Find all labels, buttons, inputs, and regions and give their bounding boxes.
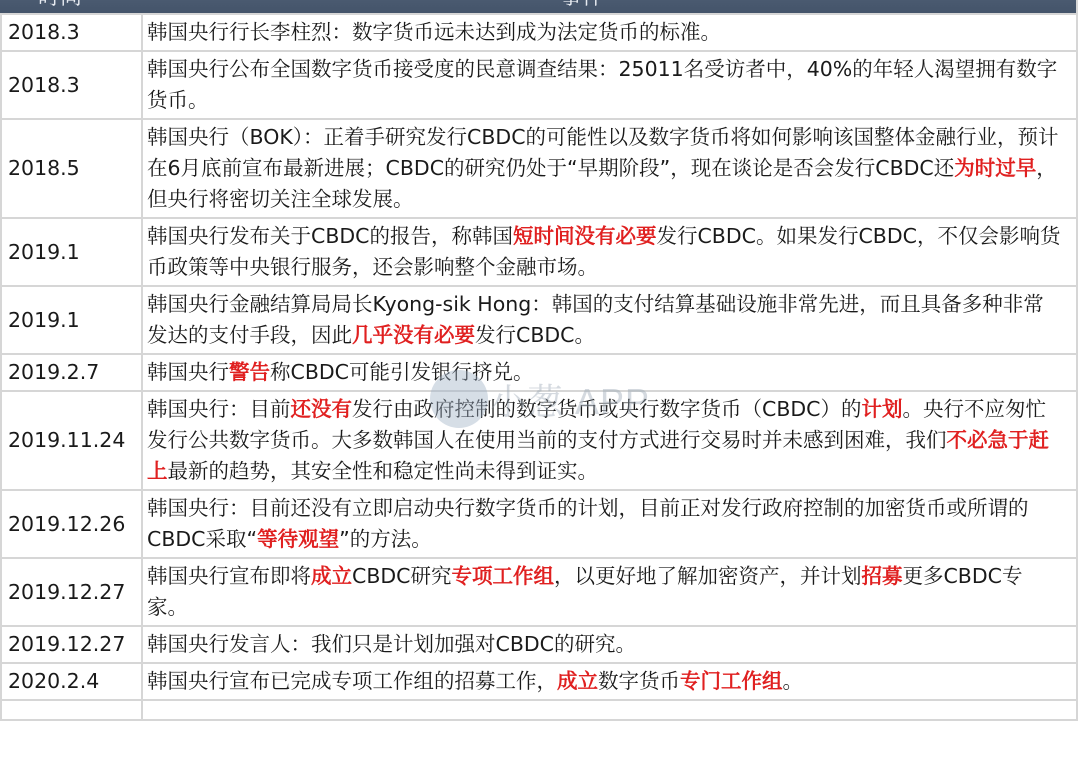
event-cell: 韩国央行警告称CBDC可能引发银行挤兑。	[142, 354, 1077, 391]
date-cell: 2020.2.4	[1, 663, 142, 700]
event-cell: 韩国央行公布全国数字货币接受度的民意调查结果：25011名受访者中，40%的年轻…	[142, 51, 1077, 119]
table-row: 2018.3韩国央行行长李柱烈：数字货币远未达到成为法定货币的标准。	[1, 14, 1077, 51]
event-cell: 韩国央行发布关于CBDC的报告，称韩国短时间没有必要发行CBDC。如果发行CBD…	[142, 218, 1077, 286]
event-text: 最新的趋势，其安全性和稳定性尚未得到证实。	[168, 459, 599, 483]
event-text: 韩国央行金融结算局局长Kyong-sik Hong：韩国的支付结算基础设施非常先…	[147, 292, 1044, 347]
event-text: 韩国央行（BOK）：正着手研究发行CBDC的可能性以及数字货币将如何影响该国整体…	[147, 125, 1059, 180]
highlighted-text: 计划	[861, 397, 902, 421]
table-row: 2020.2.4韩国央行宣布已完成专项工作组的招募工作，成立数字货币专门工作组。	[1, 663, 1077, 700]
event-text: 韩国央行发言人：我们只是计划加强对CBDC的研究。	[147, 632, 636, 656]
event-text: 韩国央行公布全国数字货币接受度的民意调查结果：25011名受访者中，40%的年轻…	[147, 57, 1057, 112]
date-cell: 2019.1	[1, 286, 142, 354]
highlighted-text: 短时间没有必要	[513, 224, 657, 248]
event-text: 数字货币	[598, 669, 680, 693]
event-text: 韩国央行宣布已完成专项工作组的招募工作，	[147, 669, 557, 693]
table-row: 2019.12.26韩国央行：目前还没有立即启动央行数字货币的计划，目前正对发行…	[1, 490, 1077, 558]
table-row: 2018.5韩国央行（BOK）：正着手研究发行CBDC的可能性以及数字货币将如何…	[1, 119, 1077, 218]
table-row: 2019.2.7韩国央行警告称CBDC可能引发银行挤兑。	[1, 354, 1077, 391]
table-row: 2019.12.27韩国央行宣布即将成立CBDC研究专项工作组，以更好地了解加密…	[1, 558, 1077, 626]
date-cell: 2019.11.24	[1, 391, 142, 490]
highlighted-text: 等待观望	[257, 527, 339, 551]
event-cell: 韩国央行（BOK）：正着手研究发行CBDC的可能性以及数字货币将如何影响该国整体…	[142, 119, 1077, 218]
event-text: 称CBDC可能引发银行挤兑。	[270, 360, 533, 384]
table-row: 2019.11.24韩国央行：目前还没有发行由政府控制的数字货币或央行数字货币（…	[1, 391, 1077, 490]
event-text: ，以更好地了解加密资产，并计划	[554, 564, 862, 588]
date-cell: 2019.1	[1, 218, 142, 286]
highlighted-text: 成立	[557, 669, 598, 693]
event-cell: 韩国央行：目前还没有立即启动央行数字货币的计划，目前正对发行政府控制的加密货币或…	[142, 490, 1077, 558]
table-row: 2019.12.27韩国央行发言人：我们只是计划加强对CBDC的研究。	[1, 626, 1077, 663]
table-row: 2019.1韩国央行金融结算局局长Kyong-sik Hong：韩国的支付结算基…	[1, 286, 1077, 354]
table-row: 2019.1韩国央行发布关于CBDC的报告，称韩国短时间没有必要发行CBDC。如…	[1, 218, 1077, 286]
date-cell	[1, 700, 142, 720]
event-cell	[142, 700, 1077, 720]
event-cell: 韩国央行宣布即将成立CBDC研究专项工作组，以更好地了解加密资产，并计划招募更多…	[142, 558, 1077, 626]
highlighted-text: 成立	[311, 564, 352, 588]
timeline-body: 2018.3韩国央行行长李柱烈：数字货币远未达到成为法定货币的标准。2018.3…	[0, 13, 1078, 721]
highlighted-text: 专门工作组	[680, 669, 783, 693]
header-event: 事件	[560, 0, 604, 10]
date-cell: 2019.12.27	[1, 558, 142, 626]
cbdc-timeline-table: 时间 事件 2018.3韩国央行行长李柱烈：数字货币远未达到成为法定货币的标准。…	[0, 0, 1078, 721]
event-cell: 韩国央行金融结算局局长Kyong-sik Hong：韩国的支付结算基础设施非常先…	[142, 286, 1077, 354]
table-row: 2018.3韩国央行公布全国数字货币接受度的民意调查结果：25011名受访者中，…	[1, 51, 1077, 119]
table-header: 时间 事件	[0, 0, 1078, 13]
header-date: 时间	[38, 0, 82, 10]
date-cell: 2019.2.7	[1, 354, 142, 391]
event-text: ”的方法。	[339, 527, 432, 551]
date-cell: 2018.3	[1, 14, 142, 51]
event-text: 韩国央行宣布即将	[147, 564, 311, 588]
event-cell: 韩国央行宣布已完成专项工作组的招募工作，成立数字货币专门工作组。	[142, 663, 1077, 700]
event-text: 发行由政府控制的数字货币或央行数字货币（CBDC）的	[352, 397, 861, 421]
date-cell: 2018.3	[1, 51, 142, 119]
highlighted-text: 招募	[861, 564, 902, 588]
event-text: 韩国央行行长李柱烈：数字货币远未达到成为法定货币的标准。	[147, 20, 721, 44]
highlighted-text: 还没有	[291, 397, 353, 421]
event-text: 韩国央行发布关于CBDC的报告，称韩国	[147, 224, 513, 248]
date-cell: 2019.12.27	[1, 626, 142, 663]
highlighted-text: 警告	[229, 360, 270, 384]
date-cell: 2018.5	[1, 119, 142, 218]
event-cell: 韩国央行行长李柱烈：数字货币远未达到成为法定货币的标准。	[142, 14, 1077, 51]
highlighted-text: 几乎没有必要	[352, 323, 475, 347]
event-cell: 韩国央行发言人：我们只是计划加强对CBDC的研究。	[142, 626, 1077, 663]
event-text: 发行CBDC。	[475, 323, 595, 347]
event-text: 韩国央行	[147, 360, 229, 384]
event-text: 。	[783, 669, 804, 693]
highlighted-text: 为时过早	[954, 156, 1036, 180]
table-row-empty	[1, 700, 1077, 720]
highlighted-text: 专项工作组	[451, 564, 554, 588]
event-text: CBDC研究	[352, 564, 451, 588]
date-cell: 2019.12.26	[1, 490, 142, 558]
event-text: 韩国央行：目前	[147, 397, 291, 421]
event-cell: 韩国央行：目前还没有发行由政府控制的数字货币或央行数字货币（CBDC）的计划。央…	[142, 391, 1077, 490]
